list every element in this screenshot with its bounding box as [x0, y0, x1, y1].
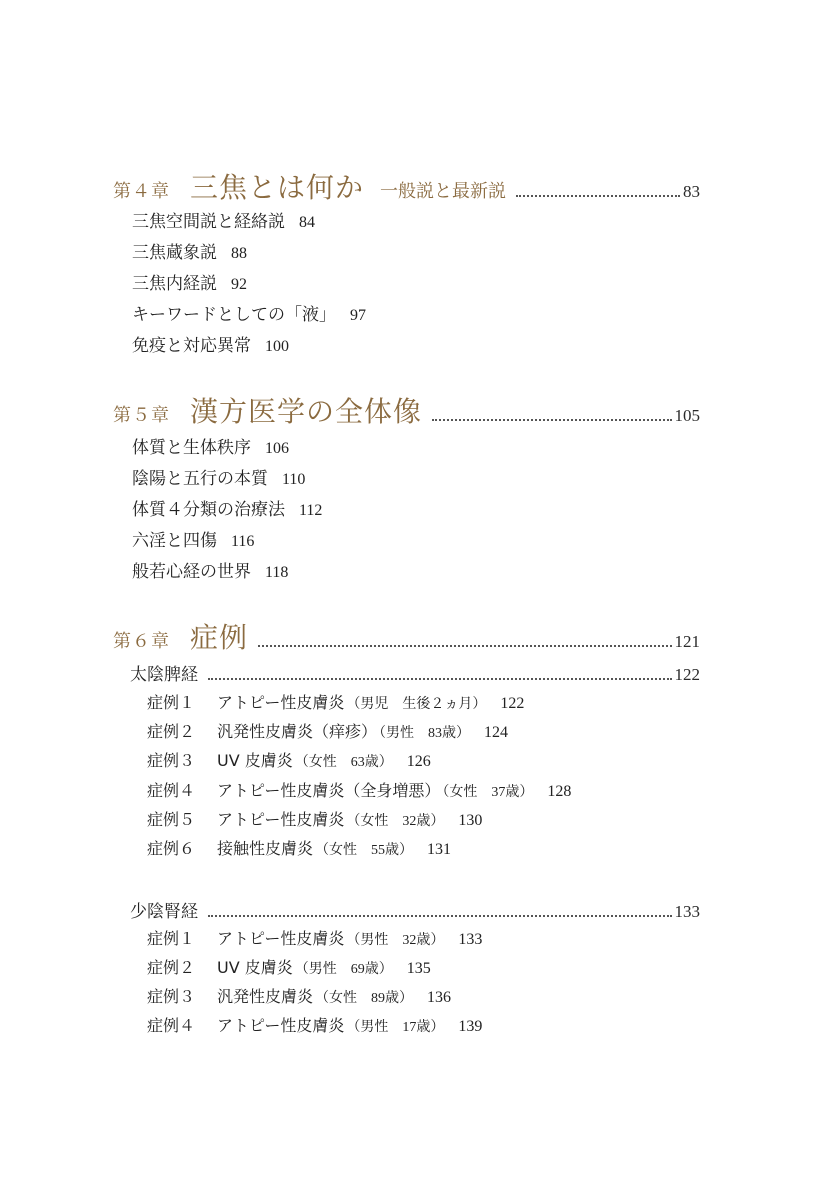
page-number: 110 — [282, 471, 305, 488]
page-number: 121 — [675, 632, 701, 652]
toc-entry[interactable]: 体質４分類の治療法112 — [132, 495, 322, 520]
chapter-5-heading[interactable]: 第５章 漢方医学の全体像 105 — [113, 390, 700, 430]
dot-leader — [208, 678, 672, 680]
case-patient: （女性 32歳） — [346, 814, 444, 829]
entry-title: 体質４分類の治療法 — [132, 500, 285, 520]
case-name: 汎発性皮膚炎 — [217, 987, 313, 1006]
chapter-number: 第５章 — [113, 401, 170, 427]
case-label: 症例１ — [147, 690, 217, 713]
chapter-number: 第４章 — [113, 177, 170, 203]
chapter-title: 三焦とは何か — [190, 166, 364, 206]
case-label: 症例３ — [147, 984, 217, 1007]
case-patient: （男性 32歳） — [346, 933, 444, 948]
case-entry[interactable]: 症例５アトピー性皮膚炎（女性 32歳）130 — [147, 807, 482, 830]
page-number: 122 — [500, 695, 524, 712]
chapter-title: 症例 — [190, 616, 248, 656]
entry-title: 六淫と四傷 — [132, 531, 217, 551]
case-entry[interactable]: 症例４アトピー性皮膚炎（全身増悪）（女性 37歳）128 — [147, 778, 571, 801]
toc-entry[interactable]: キーワードとしての「液」97 — [132, 300, 366, 325]
entry-title: 三焦蔵象説 — [132, 243, 217, 263]
chapter-subtitle: 一般説と最新説 — [380, 177, 506, 203]
case-name: 接触性皮膚炎 — [217, 839, 313, 858]
page-number: 124 — [484, 724, 508, 741]
section-title: 少陰腎経 — [130, 897, 198, 922]
toc-entry[interactable]: 般若心経の世界118 — [132, 557, 288, 582]
case-label: 症例４ — [147, 778, 217, 801]
case-name: アトピー性皮膚炎 — [217, 810, 344, 829]
page-number: 133 — [458, 931, 482, 948]
page-number: 126 — [407, 753, 431, 770]
entry-title: 般若心経の世界 — [132, 562, 251, 582]
page-number: 105 — [675, 406, 701, 426]
dot-leader — [258, 645, 671, 647]
toc-entry[interactable]: 体質と生体秩序106 — [132, 433, 289, 458]
page-number: 116 — [231, 533, 254, 550]
toc-entry[interactable]: 三焦空間説と経絡説84 — [132, 207, 315, 232]
case-entry[interactable]: 症例３UV 皮膚炎（女性 63歳）126 — [147, 748, 431, 771]
table-of-contents: 第４章 三焦とは何か 一般説と最新説 83 三焦空間説と経絡説84 三焦蔵象説8… — [0, 0, 830, 1178]
page-number: 133 — [675, 902, 701, 922]
case-name: UV 皮膚炎 — [217, 751, 293, 770]
case-entry[interactable]: 症例２UV 皮膚炎（男性 69歳）135 — [147, 955, 431, 978]
page-number: 83 — [683, 182, 700, 202]
case-entry[interactable]: 症例１アトピー性皮膚炎（男児 生後２ヵ月）122 — [147, 690, 524, 713]
section-heading-shouin[interactable]: 少陰腎経 133 — [130, 897, 700, 923]
page-number: 100 — [265, 338, 289, 355]
section-heading-taiin[interactable]: 太陰脾経 122 — [130, 660, 700, 686]
toc-entry[interactable]: 陰陽と五行の本質110 — [132, 464, 305, 489]
case-patient: （女性 37歳） — [442, 785, 533, 800]
entry-title: 三焦空間説と経絡説 — [132, 212, 285, 232]
page-number: 88 — [231, 245, 247, 262]
chapter-6-heading[interactable]: 第６章 症例 121 — [113, 616, 700, 656]
chapter-title: 漢方医学の全体像 — [190, 390, 422, 430]
page-number: 106 — [265, 440, 289, 457]
case-patient: （男性 69歳） — [295, 962, 393, 977]
toc-entry[interactable]: 三焦内経説92 — [132, 269, 247, 294]
dot-leader — [516, 195, 680, 197]
toc-entry[interactable]: 三焦蔵象説88 — [132, 238, 247, 263]
case-entry[interactable]: 症例６接触性皮膚炎（女性 55歳）131 — [147, 836, 451, 859]
case-entry[interactable]: 症例２汎発性皮膚炎（痒疹）（男性 83歳）124 — [147, 719, 508, 742]
case-label: 症例２ — [147, 955, 217, 978]
page-number: 92 — [231, 276, 247, 293]
dot-leader — [432, 419, 671, 421]
page-number: 122 — [675, 665, 701, 685]
case-name: アトピー性皮膚炎 — [217, 1016, 344, 1035]
page-number: 136 — [427, 989, 451, 1006]
section-title: 太陰脾経 — [130, 660, 198, 685]
toc-entry[interactable]: 免疫と対応異常100 — [132, 331, 289, 356]
case-name: アトピー性皮膚炎 — [217, 929, 344, 948]
page-number: 139 — [458, 1018, 482, 1035]
case-patient: （男性 83歳） — [379, 726, 470, 741]
case-entry[interactable]: 症例４アトピー性皮膚炎（男性 17歳）139 — [147, 1013, 482, 1036]
case-name: 汎発性皮膚炎（痒疹） — [217, 722, 377, 741]
case-name: アトピー性皮膚炎（全身増悪） — [217, 781, 440, 800]
page-number: 128 — [547, 783, 571, 800]
case-name: アトピー性皮膚炎 — [217, 693, 344, 712]
case-label: 症例６ — [147, 836, 217, 859]
page-number: 131 — [427, 841, 451, 858]
case-patient: （男児 生後２ヵ月） — [346, 697, 486, 712]
case-label: 症例３ — [147, 748, 217, 771]
entry-title: 免疫と対応異常 — [132, 336, 251, 356]
chapter-4-heading[interactable]: 第４章 三焦とは何か 一般説と最新説 83 — [113, 166, 700, 206]
entry-title: キーワードとしての「液」 — [132, 305, 336, 325]
case-patient: （女性 89歳） — [315, 991, 413, 1006]
case-label: 症例２ — [147, 719, 217, 742]
page-number: 84 — [299, 214, 315, 231]
page-number: 135 — [407, 960, 431, 977]
entry-title: 三焦内経説 — [132, 274, 217, 294]
entry-title: 陰陽と五行の本質 — [132, 469, 268, 489]
page-number: 112 — [299, 502, 322, 519]
case-label: 症例５ — [147, 807, 217, 830]
case-label: 症例４ — [147, 1013, 217, 1036]
toc-entry[interactable]: 六淫と四傷116 — [132, 526, 254, 551]
case-name: UV 皮膚炎 — [217, 958, 293, 977]
case-entry[interactable]: 症例３汎発性皮膚炎（女性 89歳）136 — [147, 984, 451, 1007]
page-number: 97 — [350, 307, 366, 324]
entry-title: 体質と生体秩序 — [132, 438, 251, 458]
page-number: 118 — [265, 564, 288, 581]
case-patient: （女性 55歳） — [315, 843, 413, 858]
case-patient: （女性 63歳） — [295, 755, 393, 770]
case-label: 症例１ — [147, 926, 217, 949]
case-entry[interactable]: 症例１アトピー性皮膚炎（男性 32歳）133 — [147, 926, 482, 949]
chapter-number: 第６章 — [113, 627, 170, 653]
case-patient: （男性 17歳） — [346, 1020, 444, 1035]
dot-leader — [208, 915, 672, 917]
page-number: 130 — [458, 812, 482, 829]
